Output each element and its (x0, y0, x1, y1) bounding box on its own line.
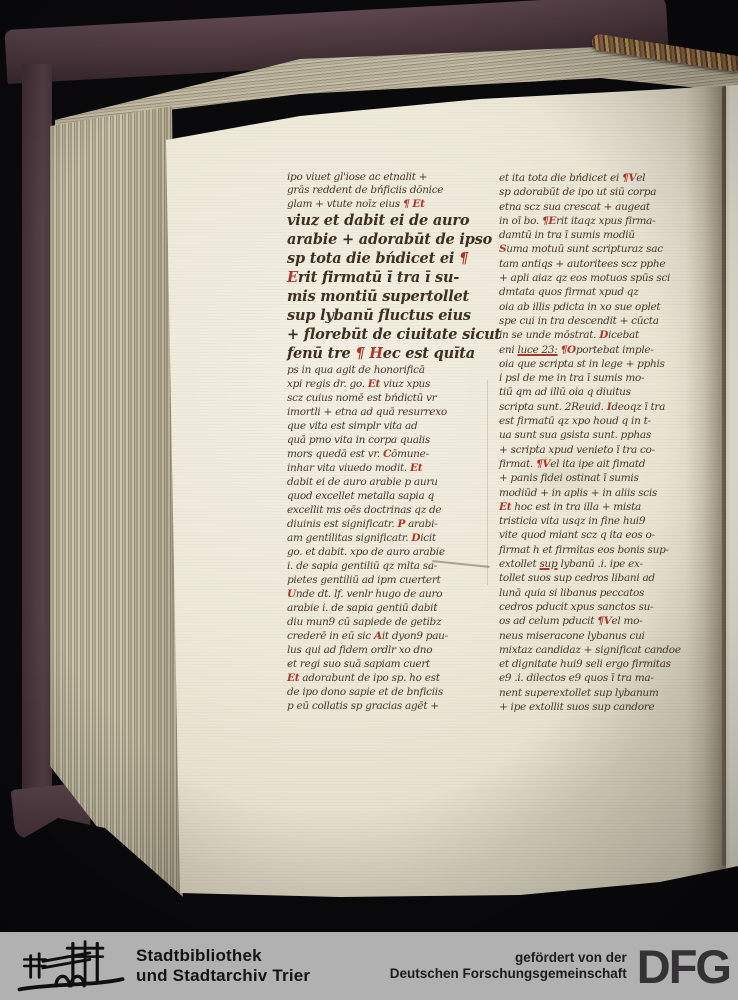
left-column-intro: ipo viuet gl'iose ac etnalit +grās redde… (287, 171, 483, 211)
left-column-commentary: ps in qua agit de honorificāxpi regis dr… (287, 363, 483, 713)
manuscript-line: est firmatū qz xpo houd q in t- (499, 414, 713, 428)
manuscript-line: etna scz sua crescat + augeat (499, 200, 713, 214)
funding-credit-line1: gefördert von der (390, 950, 627, 966)
manuscript-line: Et hoc est in tra illa + mista (499, 500, 713, 514)
manuscript-line: mors quedā est vr. Cōmune- (287, 447, 483, 461)
library-name: Stadtbibliothek und Stadtarchiv Trier (136, 946, 310, 987)
manuscript-line: diuinis est significatr. P arabi- (287, 517, 483, 531)
manuscript-line: i psl de me in tra ī sumis mo- (499, 371, 713, 385)
funding-credit: gefördert von der Deutschen Forschungsge… (390, 950, 627, 982)
dfg-logo: DFG (637, 943, 730, 990)
manuscript-lemma-line: mis montiū supertollet (287, 287, 483, 306)
manuscript-line: excellit ms oēs doctrinas qz de (287, 503, 483, 517)
manuscript-lemma-line: sup lybanū fluctus eius (287, 306, 483, 325)
digitized-manuscript-page: ipo viuet gl'iose ac etnalit +grās redde… (0, 0, 738, 1000)
manuscript-line: inhar vita viuedo modit. Et (287, 461, 483, 475)
manuscript-line: et dignitate hui9 seli ergo firmitas (499, 657, 713, 671)
manuscript-line: i. de sapia gentiliū qz mlta sa- (287, 559, 483, 573)
manuscript-line: scz cuius nomē est bńdictū vr (287, 391, 483, 405)
manuscript-lemma-line: viuz et dabit ei de auro (287, 211, 483, 230)
manuscript-line: et regi suo suā sapiam cuert (287, 657, 483, 671)
funding-credit-line2: Deutschen Forschungsgemeinschaft (390, 966, 627, 982)
manuscript-line: de ipo dono sapie et de bnficiis (287, 685, 483, 699)
manuscript-line: damtū in tra ī sumis modiū (499, 228, 713, 242)
library-name-line1: Stadtbibliothek (136, 946, 310, 967)
manuscript-line: extollet sup lybanū .i. ipe ex- (499, 557, 713, 571)
manuscript-line: quā pmo vita in corpa qualis (287, 433, 483, 447)
manuscript-line: oia ab illis pdicta in xo sue oplet (499, 300, 713, 314)
manuscript-lemma-line: arabie + adorabūt de ipso (287, 230, 483, 249)
manuscript-line: imortli + etna ad quā resurrexo (287, 405, 483, 419)
footer-banner: Stadtbibliothek und Stadtarchiv Trier ge… (0, 932, 738, 1000)
manuscript-line: glam + vtute noīz eius ¶ Et (287, 198, 483, 211)
manuscript-line: tollet suos sup cedros libani ad (499, 571, 713, 585)
manuscript-line: in oī bo. ¶Erit itaqz xpus firma- (499, 214, 713, 228)
manuscript-line: et ita tota die bńdicet ei ¶Vel (499, 171, 713, 185)
manuscript-line: dabit ei de auro arabie p auru (287, 475, 483, 489)
library-name-line2: und Stadtarchiv Trier (136, 966, 310, 987)
manuscript-line: xpi regis dr. go. Et viuz xpus (287, 377, 483, 391)
manuscript-right-column: et ita tota die bńdicet ei ¶Velsp adorab… (499, 171, 713, 714)
manuscript-line: eni luce 23: ¶Oportebat imple- (499, 343, 713, 357)
manuscript-line: tam antiqs + autoritees scz pphe (499, 257, 713, 271)
manuscript-line: ua sunt sua gsista sunt. pphas (499, 428, 713, 442)
manuscript-line: lunā quia si libanus peccatos (499, 586, 713, 600)
manuscript-line: + ipe extollit suos sup candore (499, 700, 713, 714)
manuscript-line: am gentilitas significatr. Dicit (287, 531, 483, 545)
manuscript-line: go. et dabit. xpo de auro arabie (287, 545, 483, 559)
manuscript-line: + scripta xpud venieto ī tra co- (499, 443, 713, 457)
manuscript-left-column: ipo viuet gl'iose ac etnalit +grās redde… (287, 171, 483, 713)
manuscript-line: ps in qua agit de honorificā (287, 363, 483, 377)
manuscript-line: Et adorabunt de ipo sp. ho est (287, 671, 483, 685)
manuscript-line: os ad celum pducit ¶Vel mo- (499, 614, 713, 628)
manuscript-lemma-line: fenū tre ¶ Hec est quīta (287, 344, 483, 363)
manuscript-line: dmtata quos firmat xpud qz (499, 285, 713, 299)
manuscript-line: quod excellet metalla sapia q (287, 489, 483, 503)
manuscript-line: arabie i. de sapia gentiū dabit (287, 601, 483, 615)
manuscript-line: lus qui ad fidem ordlr xo dno (287, 643, 483, 657)
manuscript-line: sp adorabūt de ipo ut siū corpa (499, 185, 713, 199)
facing-page-sliver (726, 84, 738, 872)
left-column-lemma: viuz et dabit ei de auroarabie + adorabū… (287, 211, 483, 363)
manuscript-line: mixtaz candidaz + significat candoe (499, 643, 713, 657)
manuscript-line: in se unde mōstrat. Dicebat (499, 328, 713, 342)
manuscript-line: firmat h et firmitas eos bonis sup- (499, 543, 713, 557)
page-crease (487, 380, 488, 585)
manuscript-line: firmat. ¶Vel ita ipe ait fimatd (499, 457, 713, 471)
manuscript-photo: ipo viuet gl'iose ac etnalit +grās redde… (0, 0, 738, 932)
manuscript-line: + apli aiaz qz eos motuos spūs sci (499, 271, 713, 285)
porta-nigra-logo-icon (12, 936, 130, 996)
manuscript-line: ipo viuet gl'iose ac etnalit + (287, 171, 483, 184)
manuscript-line: spe cui in tra descendit + cūcta (499, 314, 713, 328)
manuscript-line: + panis fidei ostinat ī sumis (499, 471, 713, 485)
manuscript-line: tristicia vita usqz in fine hui9 (499, 514, 713, 528)
book-cover-left-edge (22, 64, 52, 806)
manuscript-lemma-line: sp tota die bńdicet ei ¶ (287, 249, 483, 268)
manuscript-line: nent superextollet sup lybanum (499, 686, 713, 700)
manuscript-line: cedros pducit xpus sanctos su- (499, 600, 713, 614)
manuscript-line: scripta sunt. 2Reuid. Ideoqz ī tra (499, 400, 713, 414)
manuscript-line: que vita est simplr vita ad (287, 419, 483, 433)
manuscript-line: crederē in eū sic Ait dyon9 pau- (287, 629, 483, 643)
manuscript-line: tiū qm ad illū oia q diuitus (499, 385, 713, 399)
manuscript-line: Unde dt. lf. venlr hugo de auro (287, 587, 483, 601)
manuscript-line: oia que scripta st in lege + pphis (499, 357, 713, 371)
manuscript-lemma-line: + florebūt de ciuitate sicut (287, 325, 483, 344)
manuscript-line: grās reddent de bńficiis dōnice (287, 184, 483, 197)
manuscript-line: modiūd + in aplis + in aliis scis (499, 486, 713, 500)
manuscript-line: p eū collatis sp gracias agēt + (287, 699, 483, 713)
manuscript-line: e9 .i. dilectos e9 quos ī tra ma- (499, 671, 713, 685)
manuscript-line: neus miseracone lybanus cui (499, 629, 713, 643)
manuscript-line: diu mun9 cū sapiede de getibz (287, 615, 483, 629)
manuscript-line: vite quod miant scz q ita eos o- (499, 528, 713, 542)
manuscript-lemma-line: Erit firmatū ī tra ī su- (287, 268, 483, 287)
manuscript-line: Suma motuū sunt scripturaz sac (499, 242, 713, 256)
manuscript-line: pietes gentiliū ad ipm cuertert (287, 573, 483, 587)
